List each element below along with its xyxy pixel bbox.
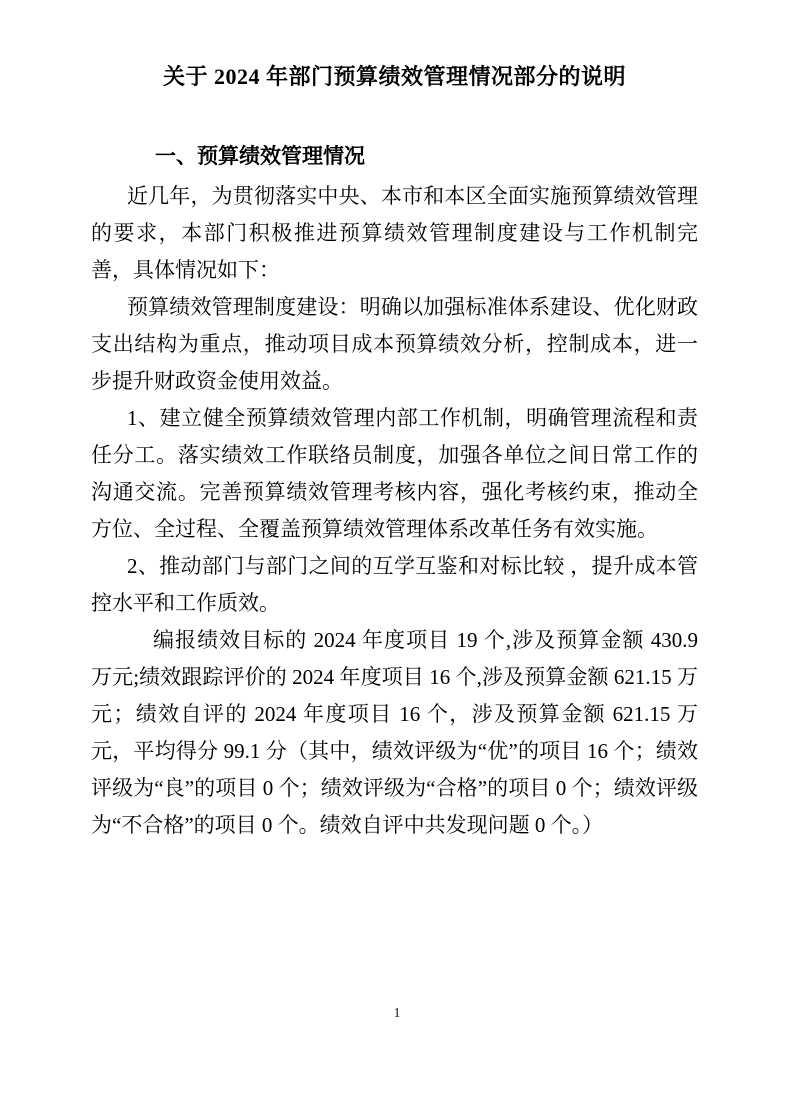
paragraph: 编报绩效目标的 2024 年度项目 19 个,涉及预算金额 430.9 万元;绩… bbox=[91, 622, 698, 844]
document-content: 关于 2024 年部门预算绩效管理情况部分的说明 一、预算绩效管理情况 近几年，… bbox=[91, 0, 698, 844]
document-body: 近几年，为贯彻落实中央、本市和本区全面实施预算绩效管理的要求，本部门积极推进预算… bbox=[91, 178, 698, 844]
section-heading: 一、预算绩效管理情况 bbox=[91, 144, 698, 170]
document-title: 关于 2024 年部门预算绩效管理情况部分的说明 bbox=[91, 60, 698, 94]
paragraph: 1、建立健全预算绩效管理内部工作机制，明确管理流程和责任分工。落实绩效工作联络员… bbox=[91, 400, 698, 548]
paragraph: 2、推动部门与部门之间的互学互鉴和对标比较 ，提升成本管控水平和工作质效。 bbox=[91, 548, 698, 622]
document-page: 关于 2024 年部门预算绩效管理情况部分的说明 一、预算绩效管理情况 近几年，… bbox=[0, 0, 794, 1093]
paragraph: 近几年，为贯彻落实中央、本市和本区全面实施预算绩效管理的要求，本部门积极推进预算… bbox=[91, 178, 698, 289]
page-number: 1 bbox=[0, 1006, 794, 1022]
paragraph: 预算绩效管理制度建设：明确以加强标准体系建设、优化财政支出结构为重点，推动项目成… bbox=[91, 289, 698, 400]
